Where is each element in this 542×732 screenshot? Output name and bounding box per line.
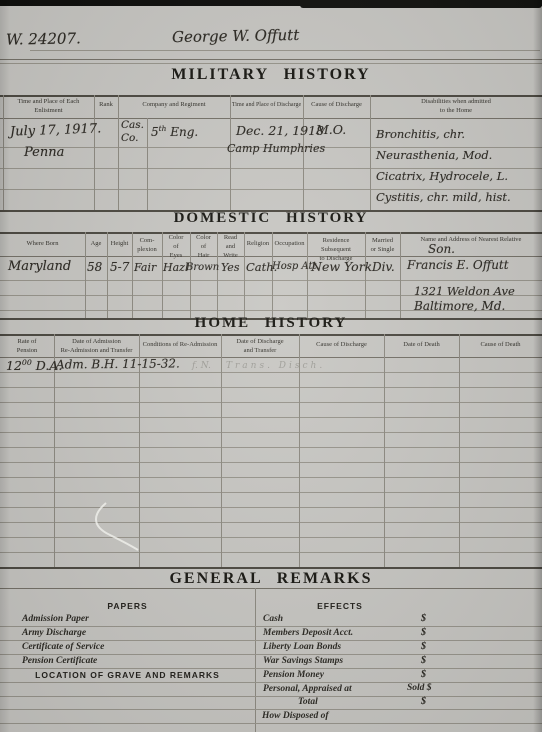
rule	[0, 462, 542, 463]
col-header-age: Age	[85, 240, 107, 249]
col-header-complexion: Com- plexion	[132, 237, 162, 255]
rule	[0, 387, 542, 388]
admission-entry: Adm. B.H. 11-15-32.	[56, 356, 180, 371]
paper-item: Certificate of Service	[22, 642, 104, 652]
dollar-sign: $	[421, 613, 426, 624]
cause-of-discharge: M.O.	[316, 122, 346, 137]
col-header-religion: Religion	[244, 240, 272, 249]
col-header-cause-of-discharge: Cause of Discharge	[299, 341, 384, 350]
col-header-rate-of-pension: Rate of Pension	[0, 338, 54, 356]
paper-item: Admission Paper	[22, 614, 89, 624]
rule	[0, 522, 542, 523]
eye-color: Hazl	[163, 261, 188, 274]
column-divider	[384, 334, 385, 567]
effects-item: Personal, Appraised at	[263, 684, 352, 694]
col-header-conditions: Conditions of Re-Admission	[139, 341, 221, 350]
dollar-sign: $	[421, 669, 426, 680]
sold-label: Sold $	[407, 683, 432, 693]
company-line1: Cas.	[121, 119, 144, 131]
record-page: { "page": { "case_number": "W. 24207.", …	[0, 0, 542, 732]
table-border	[0, 567, 542, 569]
col-header-enlistment: Time and Place of Each Enlistment	[3, 98, 94, 116]
rule	[0, 723, 542, 724]
paper-item: Army Discharge	[22, 628, 86, 638]
residence: New York	[311, 259, 372, 274]
veteran-name: George W. Offutt	[172, 26, 300, 46]
where-born: Maryland	[8, 259, 71, 274]
dollar-sign: $	[421, 641, 426, 652]
rule	[0, 256, 542, 257]
effects-item: Members Deposit Acct.	[263, 628, 353, 638]
rule	[0, 118, 542, 119]
scan-top-edge-right	[300, 0, 542, 8]
rule	[30, 50, 540, 51]
rule	[0, 280, 542, 281]
rule	[0, 59, 542, 60]
rule	[0, 668, 542, 669]
col-header-date-of-death: Date of Death	[384, 341, 459, 350]
rule	[0, 417, 542, 418]
rule	[0, 63, 542, 64]
enlistment-date: July 17, 1917.	[10, 121, 102, 139]
rule	[0, 552, 542, 553]
col-header-discharge: Time and Place of Discharge	[225, 101, 308, 109]
col-header-height: Height	[107, 240, 132, 249]
location-of-grave-header: LOCATION OF GRAVE AND REMARKS	[0, 670, 255, 680]
col-header-nearest-relative: Name and Address of Nearest Relative	[400, 236, 542, 245]
col-header-disabilities: Disabilities when admitted to the Home	[370, 98, 542, 116]
col-header-company-regiment: Company and Regiment	[118, 101, 230, 110]
enlistment-place: Penna	[24, 145, 64, 160]
col-header-cause: Cause of Discharge	[303, 101, 370, 110]
column-divider	[147, 118, 148, 210]
rule	[0, 537, 542, 538]
effects-total-label: Total	[298, 697, 318, 707]
column-divider	[118, 95, 119, 210]
read-write: Yes	[221, 261, 239, 274]
military-history-title: MILITARY HISTORY	[0, 66, 542, 84]
relative-relation-note: Son.	[428, 242, 455, 256]
rule	[0, 372, 542, 373]
conditions-faint-mark: f. N.	[192, 361, 211, 371]
column-divider	[94, 95, 95, 210]
table-border	[0, 334, 542, 336]
col-header-cause-of-death: Cause of Death	[459, 341, 542, 350]
relative-city: Baltimore, Md.	[414, 299, 505, 313]
col-header-where-born: Where Born	[0, 240, 85, 249]
rule	[0, 402, 542, 403]
disability-line: Cicatrix, Hydrocele, L.	[376, 169, 508, 183]
rule	[0, 432, 542, 433]
dollar-sign: $	[421, 655, 426, 666]
papers-header: PAPERS	[0, 601, 255, 611]
married-or-single: Div.	[372, 260, 395, 274]
col-header-married-single: Married or Single	[365, 237, 400, 255]
rule	[0, 507, 542, 508]
rule	[0, 626, 542, 627]
col-header-read-write: Read and Write	[217, 234, 244, 260]
domestic-history-title: DOMESTIC HISTORY	[0, 210, 542, 227]
complexion: Fair	[134, 261, 156, 274]
disability-line: Neurasthenia, Mod.	[376, 148, 492, 162]
col-header-date-of-discharge: Date of Discharge and Transfer	[221, 338, 299, 356]
column-divider	[400, 232, 401, 318]
effects-item: Pension Money	[263, 670, 324, 680]
rule	[0, 682, 542, 683]
general-remarks-title: GENERAL REMARKS	[0, 570, 542, 588]
discharge-date: Dec. 21, 1918	[236, 123, 324, 138]
rule	[0, 492, 542, 493]
effects-item: Liberty Loan Bonds	[263, 642, 341, 652]
col-header-eyes: Color of Eyes	[162, 234, 190, 260]
column-divider	[221, 334, 222, 567]
table-border	[0, 95, 542, 97]
hair-color: Brown	[186, 262, 219, 273]
dollar-sign: $	[421, 627, 426, 638]
rule	[0, 640, 542, 641]
col-header-occupation: Occupation	[272, 240, 307, 249]
col-header-date-of-admission: Date of Admission Re-Admission and Trans…	[54, 338, 139, 356]
rule	[0, 477, 542, 478]
relative-name: Francis E. Offutt	[407, 258, 509, 272]
rule	[0, 696, 542, 697]
height: 5-7	[110, 260, 129, 274]
table-border	[0, 232, 542, 234]
case-number: W. 24207.	[6, 29, 81, 48]
company-line2: Co.	[121, 132, 139, 144]
dollar-sign: $	[421, 696, 426, 707]
pension-rate: 1200 D.A.	[6, 358, 62, 373]
col-header-hair: Color of Hair	[190, 234, 217, 260]
rule	[0, 709, 542, 710]
regiment: 5th Eng.	[151, 124, 198, 139]
disability-line: Cystitis, chr. mild, hist.	[376, 190, 511, 204]
rule	[0, 588, 542, 589]
relative-street: 1321 Weldon Ave	[414, 284, 515, 298]
paper-item: Pension Certificate	[22, 656, 97, 666]
effects-item: Cash	[263, 614, 283, 624]
discharge-faint-mark: Trans. Disch.	[226, 361, 325, 371]
column-divider	[459, 334, 460, 567]
effects-item: War Savings Stamps	[263, 656, 343, 666]
col-header-rank: Rank	[94, 101, 118, 110]
discharge-place: Camp Humphries	[227, 142, 325, 155]
how-disposed-label: How Disposed of	[262, 711, 329, 721]
rule	[0, 654, 542, 655]
disability-line: Bronchitis, chr.	[376, 127, 465, 141]
home-history-title: HOME HISTORY	[0, 315, 542, 332]
scan-scratch-mark	[90, 498, 145, 553]
effects-header: EFFECTS	[255, 601, 425, 611]
age: 58	[87, 260, 102, 274]
rule	[0, 447, 542, 448]
